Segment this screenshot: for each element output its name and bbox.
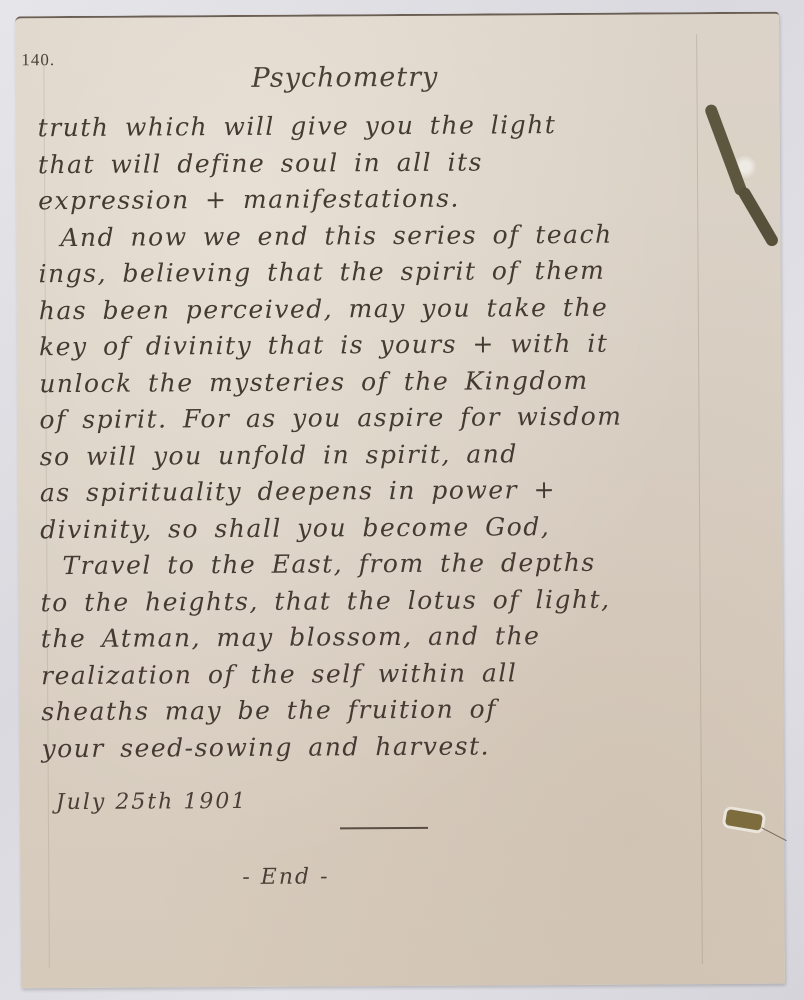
text-line: to the heights, that the lotus of light, [41, 580, 731, 621]
text-line: your seed-sowing and harvest. [41, 726, 731, 767]
ribbon-fastener-icon [736, 185, 780, 248]
divider-rule [340, 827, 428, 830]
text-line: truth which will give you the light [38, 106, 728, 147]
text-line: sheaths may be the fruition of [41, 690, 731, 731]
text-line: unlock the mysteries of the Kingdom [39, 361, 729, 402]
text-line: of spirit. For as you aspire for wisdom [39, 398, 729, 439]
text-line: divinity, so shall you become God, [40, 507, 730, 548]
text-line: realization of the self within all [41, 653, 731, 694]
text-line: so will you unfold in spirit, and [40, 434, 730, 475]
text-line: key of divinity that is yours + with it [39, 325, 729, 366]
text-line: ings, believing that the spirit of them [39, 252, 729, 293]
text-line: has been perceived, may you take the [39, 288, 729, 329]
page-number: 140. [21, 50, 55, 70]
date-line: July 25th 1901 [56, 789, 248, 815]
end-mark: - End - [242, 864, 329, 890]
text-line: that will define soul in all its [38, 142, 728, 183]
text-line: And now we end this series of teach [38, 215, 728, 256]
text-line: Travel to the East, from the depths [40, 544, 730, 585]
text-line: expression + manifestations. [38, 179, 728, 220]
text-line: as spirituality deepens in power + [40, 471, 730, 512]
page-title: Psychometry [251, 62, 438, 94]
text-line: the Atman, may blossom, and the [41, 617, 731, 658]
manuscript-page: 140. Psychometry truth which will give y… [15, 12, 785, 989]
paper-tear [761, 827, 786, 841]
lower-binding-hole [725, 809, 763, 831]
handwritten-body: truth which will give you the light that… [38, 106, 732, 767]
